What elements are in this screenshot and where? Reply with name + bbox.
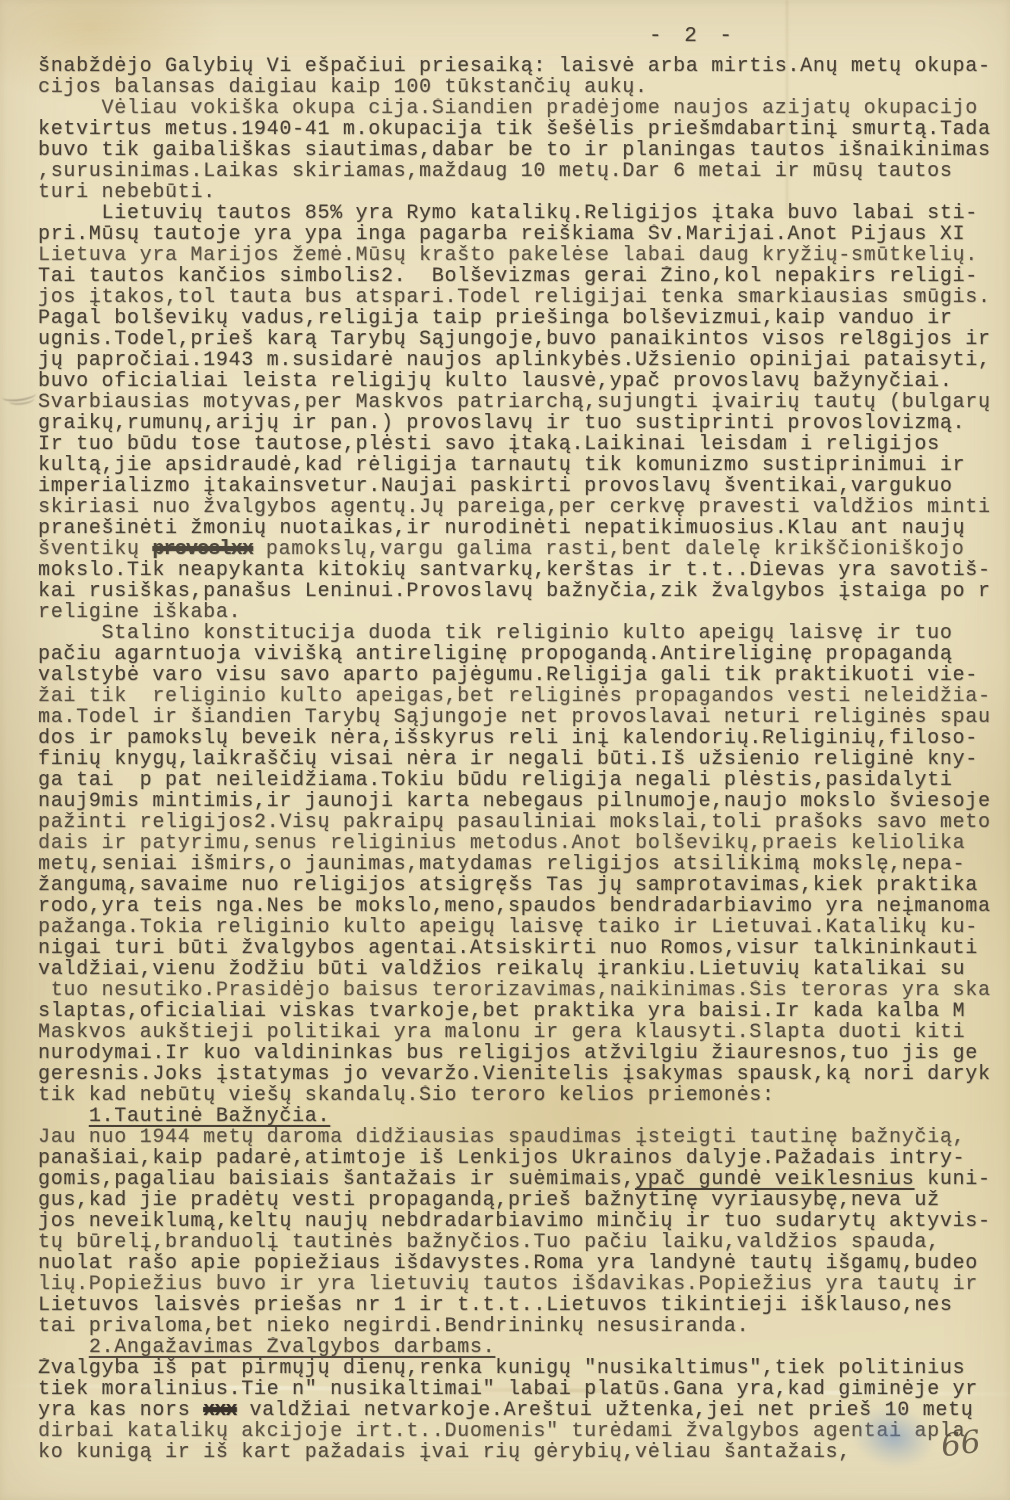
document-page: - 2 - šnabždėjo Galybių Vi ešpačiui prie…	[0, 0, 1010, 1500]
text-run: buvo tik gaibališkas siautimas,dabar be …	[38, 140, 991, 161]
text-run: tuo nesutiko.Prasidėjo baisus terorizavi…	[38, 980, 991, 1001]
text-line: slaptas,oficialiai viskas tvarkoje,bet p…	[38, 1001, 1010, 1022]
text-line: pačiu agarntuoja vivišką antireliginę pr…	[38, 644, 1010, 665]
text-line: Svarbiausias motyvas,per Maskvos patriar…	[38, 392, 1010, 413]
text-line: Ir tuo būdu tose tautose,plėsti savo įta…	[38, 434, 1010, 455]
document-body: šnabždėjo Galybių Vi ešpačiui priesaiką:…	[38, 56, 1010, 1463]
text-line: 2.Angažavimas Žvalgybos darbams.	[38, 1337, 1010, 1358]
text-line: tik kad nebūtų viešų skandalų.Šio teroro…	[38, 1085, 1010, 1106]
text-line: žangumą,savaime nuo religijos atsigręšs …	[38, 875, 1010, 896]
text-run	[38, 1337, 89, 1358]
text-line: gomis,pagaliau baisiais šantažais ir suė…	[38, 1169, 1010, 1190]
text-run: rodo,yra teis nga.Nes be mokslo,meno,spa…	[38, 896, 991, 917]
text-run: jos neveiklumą,keltų naujų nebdradarbiav…	[38, 1211, 991, 1232]
text-run: ga tai p pat neileidžiama.Tokiu būdu rel…	[38, 770, 953, 791]
text-run: tiek moralinius.Tie n" nusikaltimai" lab…	[38, 1379, 978, 1400]
text-line: metų,seniai išmirs,o jaunimas,matydamas …	[38, 854, 1010, 875]
text-line: Pagal bolševikų vadus,religija taip prie…	[38, 308, 1010, 329]
text-line: 1.Tautinė Bažnyčia.	[38, 1106, 1010, 1127]
text-line: turi nebebūti.	[38, 182, 1010, 203]
text-run: Jau nuo 1944 metų daroma didžiausias spa…	[38, 1127, 965, 1148]
text-line: šventikų provoslxx pamokslų,vargu galima…	[38, 539, 1010, 560]
text-run: Lietuva yra Marijos žemė.Mūsų krašto pak…	[38, 245, 978, 266]
text-run: ugnis.Todel,prieš karą Tarybų Sąjungoje,…	[38, 329, 991, 350]
text-run: tik kad nebūtų viešų skandalų.Šio teroro…	[38, 1085, 775, 1106]
text-run: Lietuvių tautos 85% yra Rymo katalikų.Re…	[38, 203, 978, 224]
text-run: cijos balansas daigiau kaip 100 tūkstanč…	[38, 77, 648, 98]
text-run: ,surusinimas.Laikas skiriamas,maždaug 10…	[38, 161, 953, 182]
text-line: tai privaloma,bet nieko negirdi.Bendrini…	[38, 1316, 1010, 1337]
text-run: yra kas nors	[38, 1400, 203, 1421]
text-run: ma.Todel ir šiandien Tarybų Sąjungoje ne…	[38, 707, 991, 728]
text-line: Lietuva yra Marijos žemė.Mūsų krašto pak…	[38, 245, 1010, 266]
text-run	[38, 1106, 89, 1127]
text-line: dos ir pamokslų beveik nėra,išskyrus rel…	[38, 728, 1010, 749]
text-run: jų papročiai.1943 m.susidarė naujos apli…	[38, 350, 991, 371]
text-line: valdžiai,vienu žodžiu būti valdžios reik…	[38, 959, 1010, 980]
text-run: slaptas,oficialiai viskas tvarkoje,bet p…	[38, 1001, 965, 1022]
text-run: lių.Popiežius buvo ir yra lietuvių tauto…	[38, 1274, 978, 1295]
text-run: šnabždėjo Galybių Vi ešpačiui priesaiką:…	[38, 56, 991, 77]
text-run: Stalino konstitucija duoda tik religinio…	[38, 623, 953, 644]
text-run: imperializmo įtakainsvetur.Naujai paskir…	[38, 476, 953, 497]
text-line: šnabždėjo Galybių Vi ešpačiui priesaiką:…	[38, 56, 1010, 77]
text-run: žangumą,savaime nuo religijos atsigręšs …	[38, 875, 978, 896]
text-run: nigai turi būti žvalgybos agentai.Atsisk…	[38, 938, 978, 959]
text-line: Stalino konstitucija duoda tik religinio…	[38, 623, 1010, 644]
text-line: imperializmo įtakainsvetur.Naujai paskir…	[38, 476, 1010, 497]
text-run: kai rusiškas,panašus Leninui.Provoslavų …	[38, 581, 991, 602]
text-line: jos įtakos,tol tauta bus atspari.Todel r…	[38, 287, 1010, 308]
text-line: geresnis.Joks įstatymas jo vevaržo.Vieni…	[38, 1064, 1010, 1085]
text-line: nauj9mis mintimis,ir jaunoji karta nebeg…	[38, 791, 1010, 812]
text-line: finių knygų,laikraščių visai nėra ir neg…	[38, 749, 1010, 770]
text-run: pamokslų,vargu galima rasti,bent dalelę …	[253, 539, 964, 560]
text-run: Ir tuo būdu tose tautose,plėsti savo įta…	[38, 434, 940, 455]
text-line: Jau nuo 1944 metų daroma didžiausias spa…	[38, 1127, 1010, 1148]
text-run: valdžiai,vienu žodžiu būti valdžios reik…	[38, 959, 965, 980]
text-run: nurodymai.Ir kuo valdininkas bus religij…	[38, 1043, 978, 1064]
text-run: mokslo.Tik neapykanta kitokių santvarkų,…	[38, 560, 991, 581]
text-line: tų būrelį,branduolį tautinės bažnyčios.T…	[38, 1232, 1010, 1253]
text-line: nuolat rašo apie popiežiaus išdavystes.R…	[38, 1253, 1010, 1274]
text-run: kuni-	[914, 1169, 990, 1190]
text-line: nigai turi būti žvalgybos agentai.Atsisk…	[38, 938, 1010, 959]
text-line: Vėliau vokiška okupa cija.Šiandien pradė…	[38, 98, 1010, 119]
text-run: ko kunigą ir iš kart pažadais įvai rių g…	[38, 1442, 851, 1463]
handwritten-page-number: 66	[939, 1424, 983, 1465]
text-run: turi nebebūti.	[38, 182, 216, 203]
text-run: žai tik religinio kulto apeigas,bet reli…	[38, 686, 991, 707]
text-run: tai privaloma,bet nieko negirdi.Bendrini…	[38, 1316, 749, 1337]
text-line: jų papročiai.1943 m.susidarė naujos apli…	[38, 350, 1010, 371]
text-run: nuolat rašo apie popiežiaus išdavystes.R…	[38, 1253, 978, 1274]
text-line: kultą,jie apsidraudė,kad rėligija tarnau…	[38, 455, 1010, 476]
text-run: dos ir pamokslų beveik nėra,išskyrus rel…	[38, 728, 978, 749]
text-run: gus,kad jie pradėtų vesti propagandą,pri…	[38, 1190, 940, 1211]
text-run: jos įtakos,tol tauta bus atspari.Todel r…	[38, 287, 991, 308]
text-run: dais ir patyrimu,senus religinius metodu…	[38, 833, 965, 854]
text-run: Žvalgyba iš pat pirmųjų dienų,renka kuni…	[38, 1358, 965, 1379]
text-run: pažinti religijos2.Visų pakraipų pasauli…	[38, 812, 991, 833]
underlined-text: 2.Angažavimas Žvalgybos darbams.	[89, 1337, 495, 1358]
struck-text: xxx	[203, 1400, 237, 1421]
text-run: valstybė varo visu savo aparto pajėgumu.…	[38, 665, 978, 686]
text-run: ketvirtus metus.1940-41 m.okupacija tik …	[38, 119, 991, 140]
text-line: ga tai p pat neileidžiama.Tokiu būdu rel…	[38, 770, 1010, 791]
text-run: panašiai,kaip padarė,atimtoje iš Lenkijo…	[38, 1148, 965, 1169]
text-line: jos neveiklumą,keltų naujų nebdradarbiav…	[38, 1211, 1010, 1232]
text-line: kai rusiškas,panašus Leninui.Provoslavų …	[38, 581, 1010, 602]
text-run: graikų,rumunų,arijų ir pan.) provoslavų …	[38, 413, 965, 434]
text-line: nurodymai.Ir kuo valdininkas bus religij…	[38, 1043, 1010, 1064]
text-line: Tai tautos kančios simbolis2. Bolševizma…	[38, 266, 1010, 287]
text-line: Lietuvių tautos 85% yra Rymo katalikų.Re…	[38, 203, 1010, 224]
text-line: religine iškaba.	[38, 602, 1010, 623]
text-line: panašiai,kaip padarė,atimtoje iš Lenkijo…	[38, 1148, 1010, 1169]
text-line: skiriasi nuo žvalgybos agentų.Jų pareiga…	[38, 497, 1010, 518]
text-run: pri.Mūsų tautoje yra ypa inga pagarba re…	[38, 224, 965, 245]
underlined-text: ypač gundė veiklesnius	[635, 1169, 914, 1190]
text-line: ugnis.Todel,prieš karą Tarybų Sąjungoje,…	[38, 329, 1010, 350]
text-run: šventikų	[38, 539, 152, 560]
text-run: gomis,pagaliau baisiais šantažais ir suė…	[38, 1169, 635, 1190]
text-line: pranešinėti žmonių nuotaikas,ir nurodinė…	[38, 518, 1010, 539]
text-run: pačiu agarntuoja vivišką antireliginę pr…	[38, 644, 953, 665]
text-run: tų būrelį,branduolį tautinės bažnyčios.T…	[38, 1232, 940, 1253]
text-run: nauj9mis mintimis,ir jaunoji karta nebeg…	[38, 791, 991, 812]
text-run: Vėliau vokiška okupa cija.Šiandien pradė…	[38, 98, 978, 119]
text-run: Tai tautos kančios simbolis2. Bolševizma…	[38, 266, 978, 287]
text-line: pažinti religijos2.Visų pakraipų pasauli…	[38, 812, 1010, 833]
text-line: graikų,rumunų,arijų ir pan.) provoslavų …	[38, 413, 1010, 434]
text-run: Maskvos aukštieji politikai yra malonu i…	[38, 1022, 965, 1043]
text-line: dais ir patyrimu,senus religinius metodu…	[38, 833, 1010, 854]
pencil-mark	[1, 388, 36, 403]
text-run: geresnis.Joks įstatymas jo vevaržo.Vieni…	[38, 1064, 991, 1085]
text-run: Svarbiausias motyvas,per Maskvos patriar…	[38, 392, 991, 413]
text-line: ,surusinimas.Laikas skiriamas,maždaug 10…	[38, 161, 1010, 182]
text-run: dirbai katalikų akcijoje irt.t..Duomenis…	[38, 1421, 965, 1442]
text-line: lių.Popiežius buvo ir yra lietuvių tauto…	[38, 1274, 1010, 1295]
text-line: buvo oficialiai leista religijų kulto la…	[38, 371, 1010, 392]
struck-text: provoslxx	[152, 539, 253, 560]
text-run: metų,seniai išmirs,o jaunimas,matydamas …	[38, 854, 965, 875]
page-number: - 2 -	[649, 25, 737, 48]
text-line: Žvalgyba iš pat pirmųjų dienų,renka kuni…	[38, 1358, 1010, 1379]
text-line: tiek moralinius.Tie n" nusikaltimai" lab…	[38, 1379, 1010, 1400]
text-run: kultą,jie apsidraudė,kad rėligija tarnau…	[38, 455, 965, 476]
text-line: tuo nesutiko.Prasidėjo baisus terorizavi…	[38, 980, 1010, 1001]
text-line: valstybė varo visu savo aparto pajėgumu.…	[38, 665, 1010, 686]
text-run: buvo oficialiai leista religijų kulto la…	[38, 371, 953, 392]
text-line: ketvirtus metus.1940-41 m.okupacija tik …	[38, 119, 1010, 140]
underlined-text: 1.Tautinė Bažnyčia.	[89, 1106, 330, 1127]
text-line: mokslo.Tik neapykanta kitokių santvarkų,…	[38, 560, 1010, 581]
text-line: Maskvos aukštieji politikai yra malonu i…	[38, 1022, 1010, 1043]
text-run: skiriasi nuo žvalgybos agentų.Jų pareiga…	[38, 497, 991, 518]
text-run: finių knygų,laikraščių visai nėra ir neg…	[38, 749, 978, 770]
text-line: pažanga.Tokia religinio kulto apeigų lai…	[38, 917, 1010, 938]
text-line: ma.Todel ir šiandien Tarybų Sąjungoje ne…	[38, 707, 1010, 728]
text-line: Lietuvos laisvės priešas nr 1 ir t.t.t..…	[38, 1295, 1010, 1316]
text-line: rodo,yra teis nga.Nes be mokslo,meno,spa…	[38, 896, 1010, 917]
text-run: Lietuvos laisvės priešas nr 1 ir t.t.t..…	[38, 1295, 953, 1316]
text-line: buvo tik gaibališkas siautimas,dabar be …	[38, 140, 1010, 161]
text-line: pri.Mūsų tautoje yra ypa inga pagarba re…	[38, 224, 1010, 245]
text-line: gus,kad jie pradėtų vesti propagandą,pri…	[38, 1190, 1010, 1211]
text-run: Pagal bolševikų vadus,religija taip prie…	[38, 308, 953, 329]
text-run: religine iškaba.	[38, 602, 241, 623]
text-line: cijos balansas daigiau kaip 100 tūkstanč…	[38, 77, 1010, 98]
text-run: pažanga.Tokia religinio kulto apeigų lai…	[38, 917, 978, 938]
text-run: pranešinėti žmonių nuotaikas,ir nurodinė…	[38, 518, 965, 539]
text-line: žai tik religinio kulto apeigas,bet reli…	[38, 686, 1010, 707]
